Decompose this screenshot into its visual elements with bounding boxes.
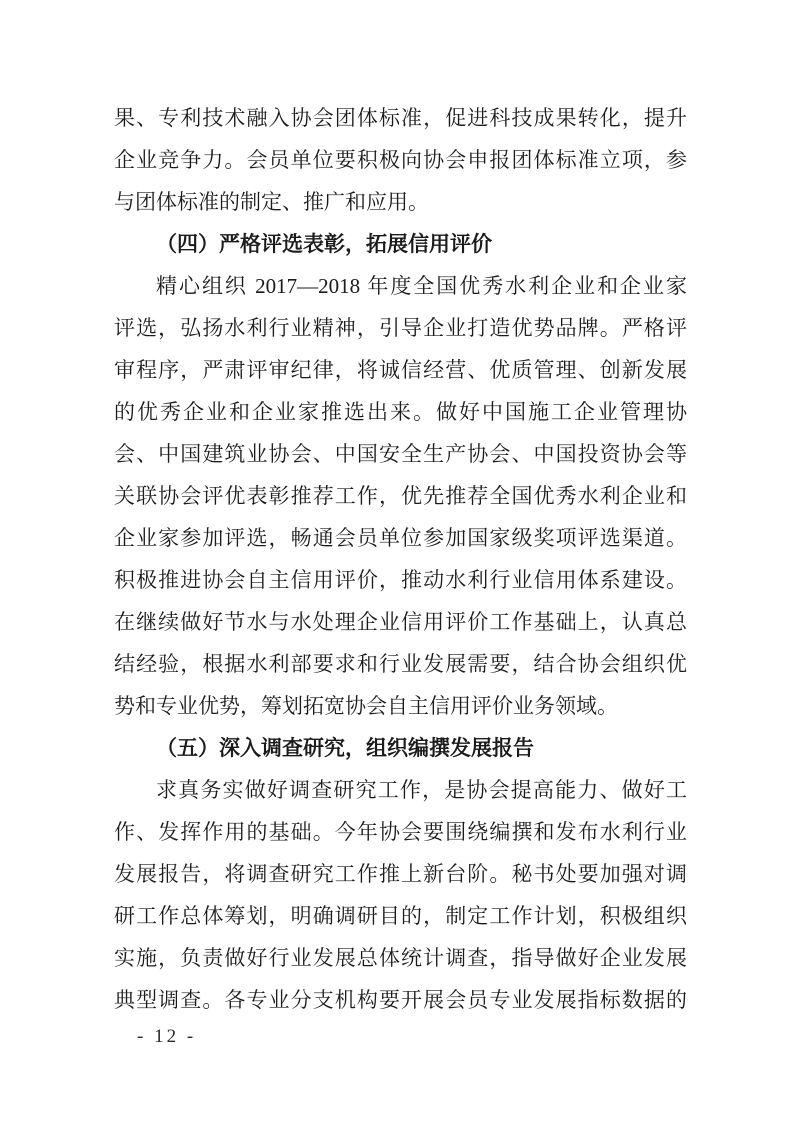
text-line: 发展报告，将调查研究工作推上新台阶。秘书处要加强对调	[114, 853, 687, 895]
text-line: 企业家参加评选，畅通会员单位参加国家级奖项评选渠道。	[114, 517, 687, 559]
section-heading-4: （四）严格评选表彰，拓展信用评价	[114, 223, 687, 265]
document-page: 果、专利技术融入协会团体标准，促进科技成果转化，提升 企业竞争力。会员单位要积极…	[0, 0, 800, 1131]
text-line: 与团体标准的制定、推广和应用。	[114, 181, 687, 223]
text-line: 果、专利技术融入协会团体标准，促进科技成果转化，提升	[114, 97, 687, 139]
section-heading-5: （五）深入调查研究，组织编撰发展报告	[114, 727, 687, 769]
text-line: 研工作总体筹划，明确调研目的，制定工作计划，积极组织	[114, 895, 687, 937]
text-line: 积极推进协会自主信用评价，推动水利行业信用体系建设。	[114, 559, 687, 601]
text-line: 典型调查。各专业分支机构要开展会员专业发展指标数据的	[114, 979, 687, 1021]
text-line: 实施，负责做好行业发展总体统计调查，指导做好企业发展	[114, 937, 687, 979]
document-body: 果、专利技术融入协会团体标准，促进科技成果转化，提升 企业竞争力。会员单位要积极…	[114, 97, 687, 1021]
text-line: 审程序，严肃评审纪律，将诚信经营、优质管理、创新发展	[114, 349, 687, 391]
text-line: 精心组织 2017—2018 年度全国优秀水利企业和企业家	[114, 265, 687, 307]
text-line: 企业竞争力。会员单位要积极向协会申报团体标准立项，参	[114, 139, 687, 181]
page-number: - 12 -	[137, 1026, 196, 1048]
text-line: 的优秀企业和企业家推选出来。做好中国施工企业管理协	[114, 391, 687, 433]
text-line: 作、发挥作用的基础。今年协会要围绕编撰和发布水利行业	[114, 811, 687, 853]
text-line: 势和专业优势，筹划拓宽协会自主信用评价业务领域。	[114, 685, 687, 727]
text-line: 在继续做好节水与水处理企业信用评价工作基础上，认真总	[114, 601, 687, 643]
text-line: 评选，弘扬水利行业精神，引导企业打造优势品牌。严格评	[114, 307, 687, 349]
text-line: 求真务实做好调查研究工作，是协会提高能力、做好工	[114, 769, 687, 811]
text-line: 关联协会评优表彰推荐工作，优先推荐全国优秀水利企业和	[114, 475, 687, 517]
text-line: 结经验，根据水利部要求和行业发展需要，结合协会组织优	[114, 643, 687, 685]
text-line: 会、中国建筑业协会、中国安全生产协会、中国投资协会等	[114, 433, 687, 475]
